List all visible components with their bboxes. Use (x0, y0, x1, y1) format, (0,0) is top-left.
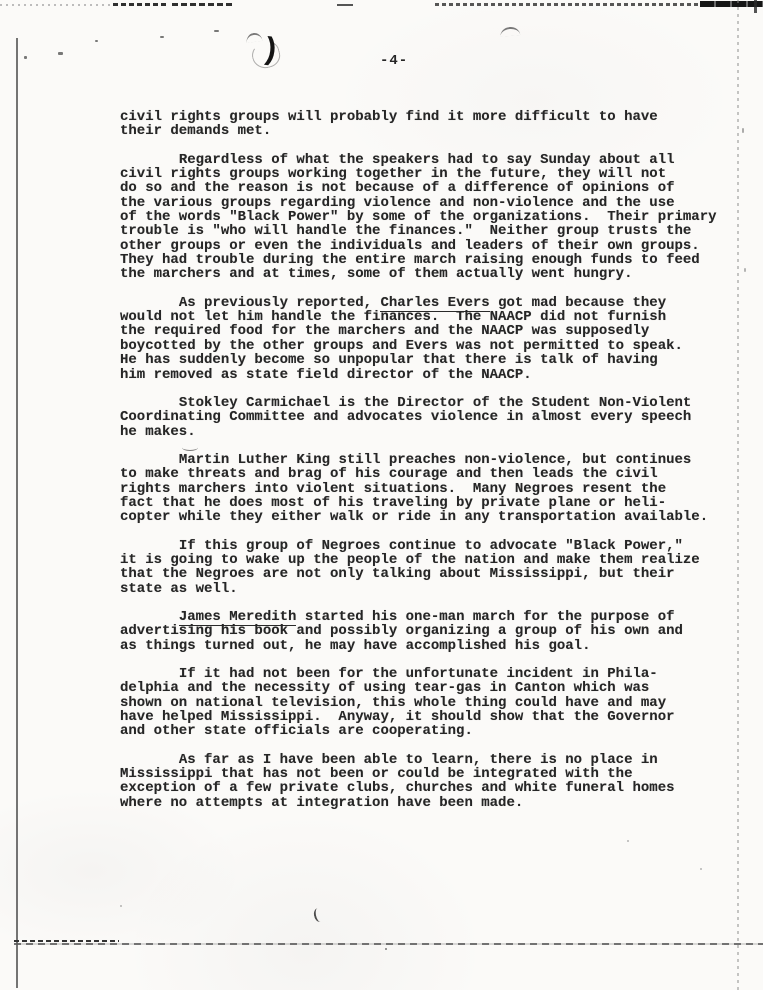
paragraph-text: If this group of Negroes continue to adv… (120, 538, 700, 597)
paragraph-text: As far as I have been able to learn, the… (120, 752, 675, 811)
document-body: civil rights groups will probably find i… (120, 110, 754, 824)
paragraph: James Meredith started his one-man march… (120, 610, 754, 653)
page-number: -4- (380, 53, 408, 69)
paragraph: If it had not been for the unfortunate i… (120, 667, 754, 739)
page-edge-top (0, 4, 110, 6)
paragraph: Martin Luther King still preaches non-vi… (120, 453, 754, 525)
paragraph: civil rights groups will probably find i… (120, 110, 754, 139)
page-edge-bottom (14, 943, 763, 945)
ink-squiggle (500, 26, 521, 37)
scan-speck (214, 30, 219, 32)
page-edge-top (172, 3, 235, 6)
paragraph-text: If it had not been for the unfortunate i… (120, 666, 675, 739)
paragraph: Stokley Carmichael is the Director of th… (120, 396, 754, 439)
page-edge-left (16, 38, 18, 988)
scan-speck (24, 56, 27, 59)
paragraph-text: Stokley Carmichael is the Director of th… (120, 395, 691, 440)
scan-speck (58, 52, 63, 55)
page-edge-bottom (14, 940, 119, 942)
scan-speck (385, 948, 387, 950)
scan-speck (95, 40, 98, 42)
scan-speck (160, 36, 164, 38)
page-edge-top (113, 3, 168, 6)
page-edge-top (435, 3, 700, 6)
paragraph: Regardless of what the speakers had to s… (120, 153, 754, 282)
scan-tick-mark (754, 0, 757, 13)
page-edge-top (337, 4, 353, 6)
scan-speck (700, 868, 702, 870)
paragraph-text: Regardless of what the speakers had to s… (120, 152, 717, 283)
scan-speck (627, 840, 629, 842)
paragraph-text: Martin Luther King still preaches non-vi… (120, 452, 708, 525)
ink-squiggle (313, 907, 326, 923)
ink-paren-mark: ) (259, 35, 281, 68)
paragraph: As previously reported, Charles Evers go… (120, 296, 754, 382)
ink-squiggle (245, 32, 262, 43)
paragraph: If this group of Negroes continue to adv… (120, 539, 754, 596)
paragraph-text: civil rights groups will probably find i… (120, 109, 658, 139)
paragraph: As far as I have been able to learn, the… (120, 753, 754, 810)
scan-speck (120, 905, 122, 907)
